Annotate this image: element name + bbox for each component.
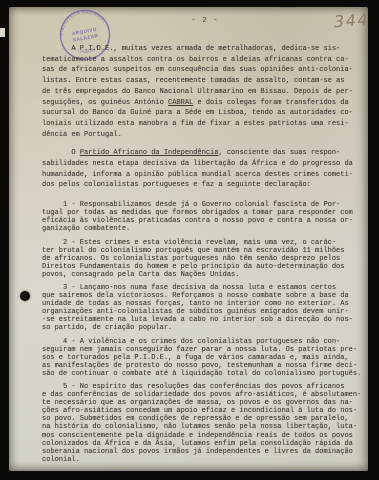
- declaration-section: 1 - Responsabilizamos desde já o Governo…: [42, 201, 372, 464]
- paragraph-partido: O Partido Africano da Independência, con…: [42, 148, 372, 191]
- typewritten-text-column: A P.I.D.E., muitas vezes armada de metra…: [42, 44, 372, 469]
- scanned-document-page: { "colors": { "scanner_background": "#0b…: [0, 0, 379, 480]
- paper-sheet: - 2 - 344 BIBLIOTECA NACIONAL ARQUIVO SA…: [9, 7, 368, 471]
- declaration-point-2: 2 - Estes crimes e esta violência revela…: [42, 239, 372, 279]
- paragraph-pide: A P.I.D.E., muitas vezes armada de metra…: [42, 44, 372, 140]
- intro-section: A P.I.D.E., muitas vezes armada de metra…: [42, 44, 372, 191]
- declaration-point-3: 3 - Lançamo-nos numa fase decisiva da no…: [42, 284, 372, 333]
- declaration-point-4: 4 - A violência e os crimes dos colonial…: [42, 338, 372, 378]
- declaration-point-1: 1 - Responsabilizamos desde já o Governo…: [42, 201, 372, 233]
- scan-edge-mark: [0, 28, 5, 37]
- folio-number: 344: [333, 10, 369, 31]
- punch-hole-mark: [20, 291, 30, 301]
- declaration-point-5: 5 - No espírito das resoluções das confe…: [42, 383, 372, 464]
